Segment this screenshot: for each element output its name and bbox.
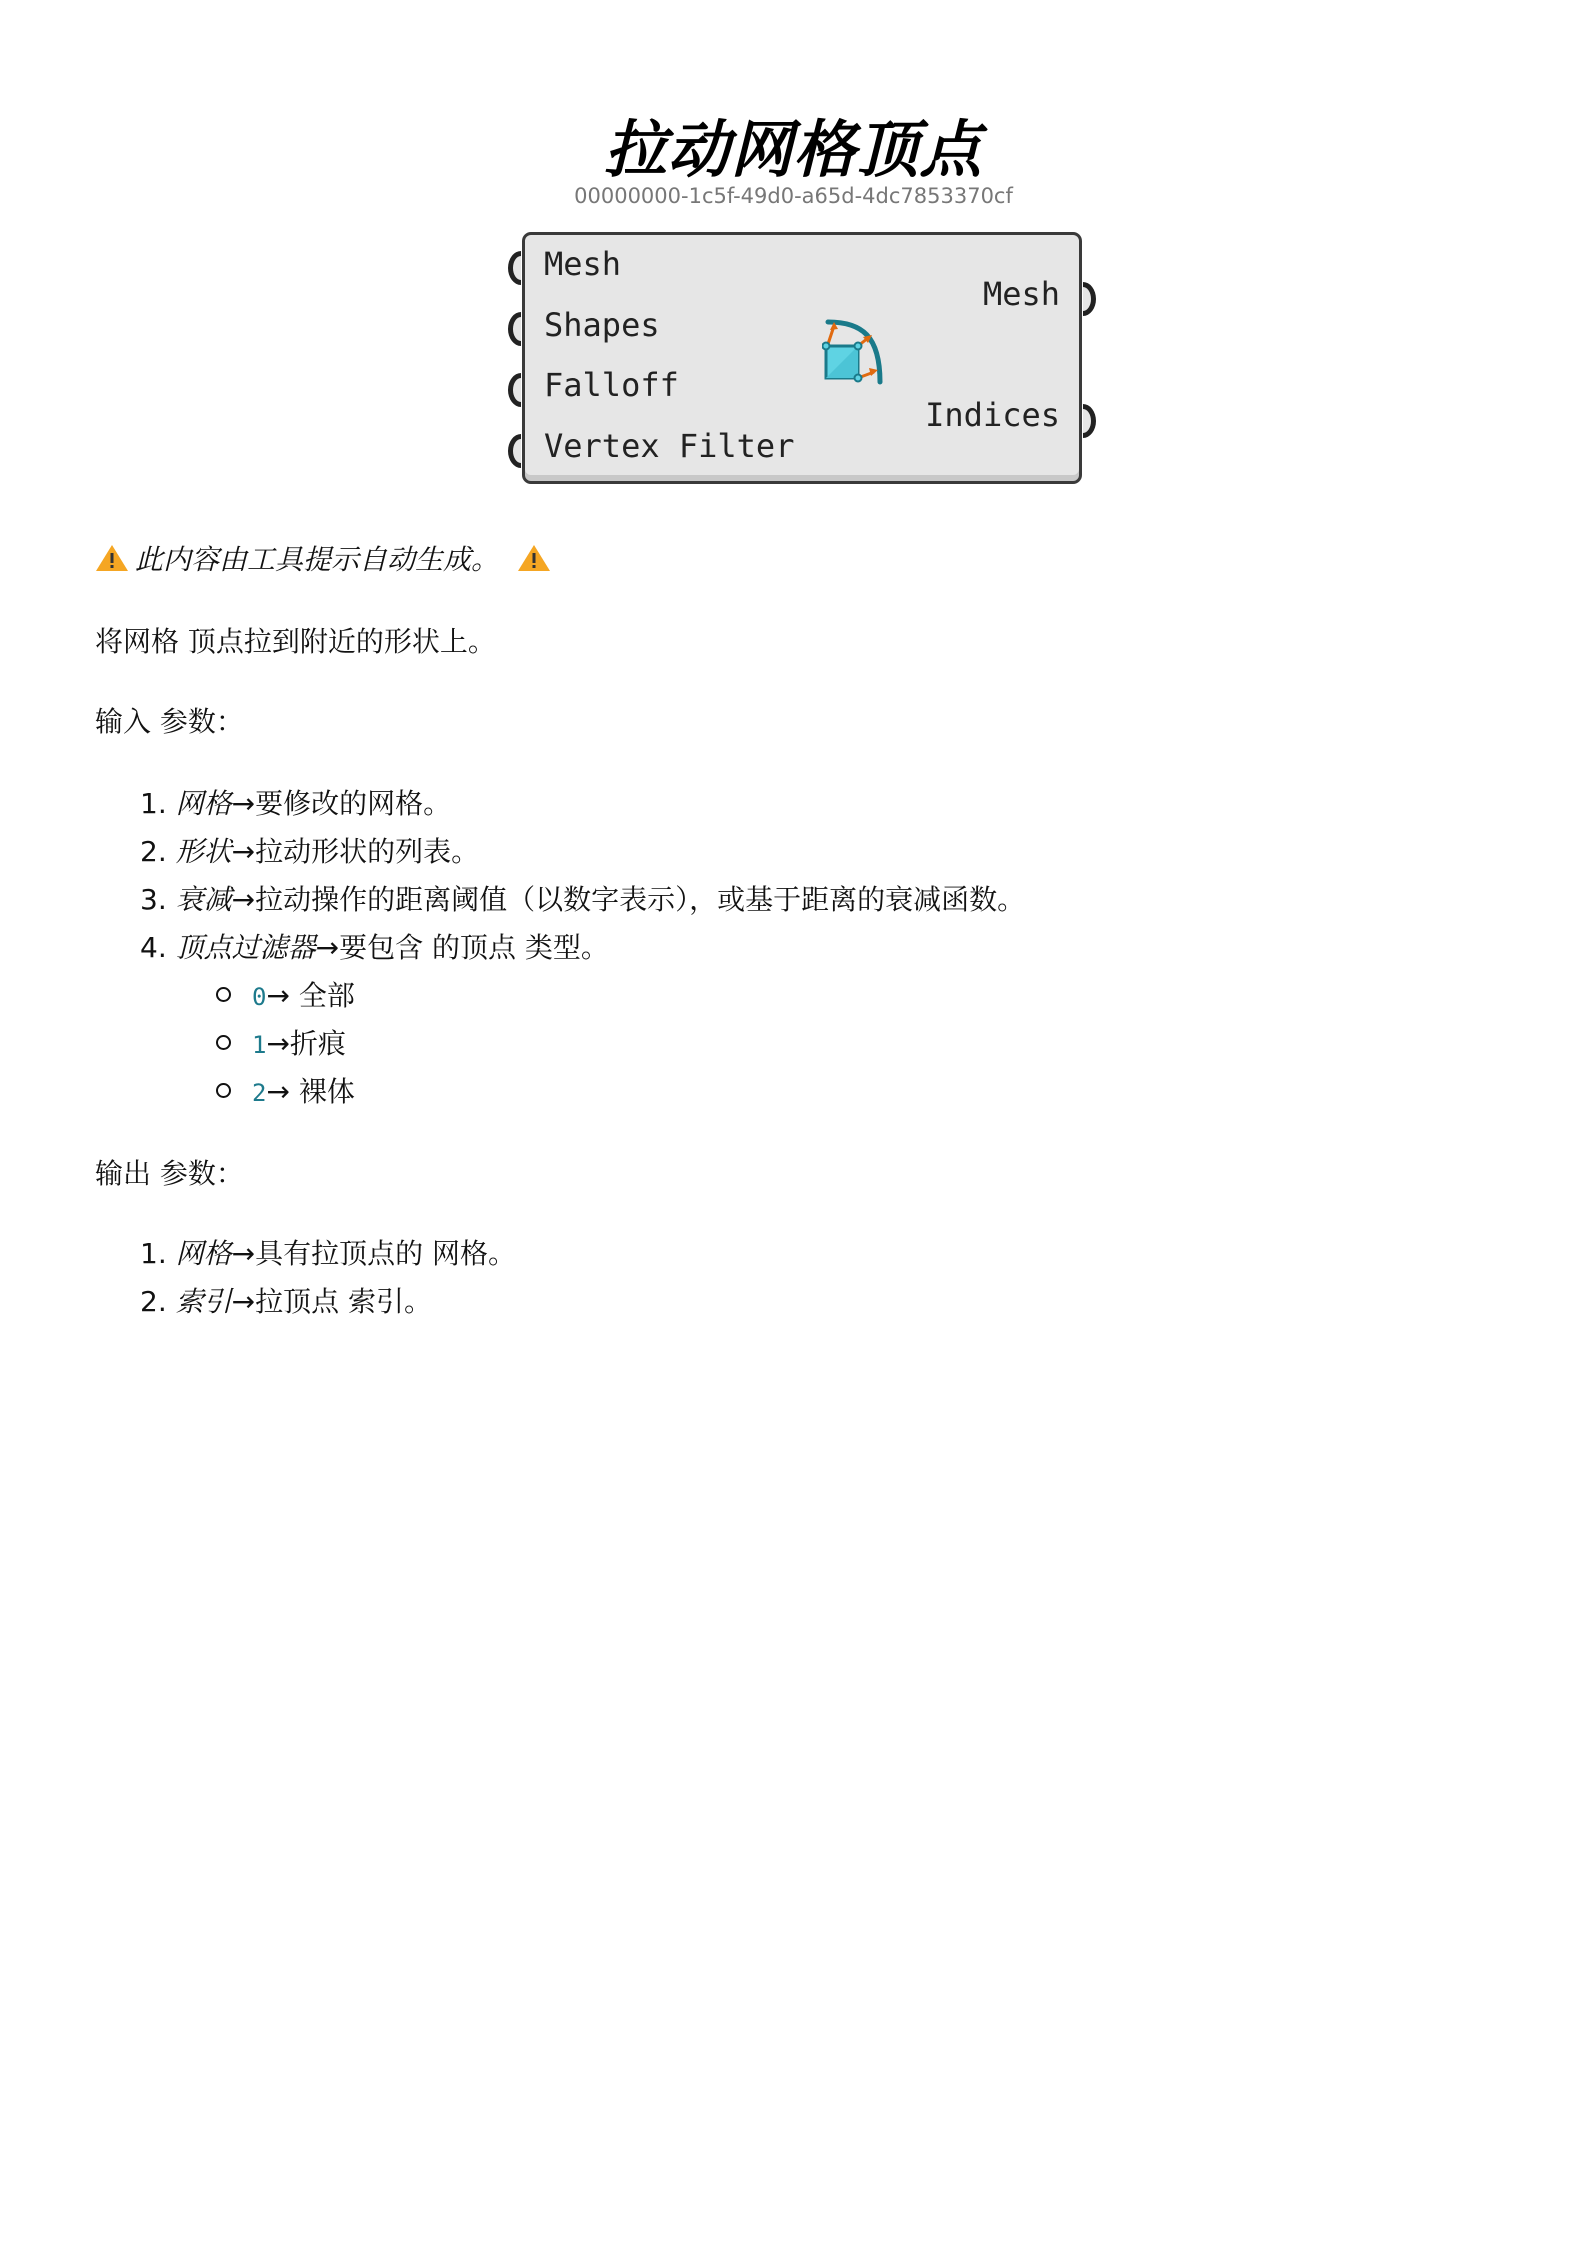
input-label-falloff: Falloff bbox=[544, 366, 679, 404]
input-grip-falloff[interactable] bbox=[508, 373, 534, 407]
inputs-heading: 输入 参数： bbox=[95, 700, 244, 740]
output-label-mesh: Mesh bbox=[983, 275, 1060, 313]
component-node[interactable]: Mesh Shapes Falloff Vertex Filter Mesh I… bbox=[522, 232, 1082, 484]
page-title: 拉动网格顶点 bbox=[0, 100, 1587, 189]
output-grip-mesh[interactable] bbox=[1070, 282, 1096, 316]
vertex-filter-option: 1→折痕 bbox=[252, 1022, 346, 1062]
input-item: 4. 顶点过滤器→要包含 的顶点 类型。 bbox=[140, 926, 609, 966]
vertex-filter-option: 2→ 裸体 bbox=[252, 1070, 355, 1110]
component-guid: 00000000-1c5f-49d0-a65d-4dc7853370cf bbox=[0, 184, 1587, 208]
warning-icon bbox=[517, 543, 551, 573]
input-label-vertex-filter: Vertex Filter bbox=[544, 427, 794, 465]
input-item: 2. 形状→拉动形状的列表。 bbox=[140, 830, 479, 870]
input-item: 1. 网格→要修改的网格。 bbox=[140, 782, 451, 822]
warning-icon bbox=[95, 543, 129, 573]
input-grip-vertex-filter[interactable] bbox=[508, 434, 534, 468]
input-grip-shapes[interactable] bbox=[508, 312, 534, 346]
input-item: 3. 衰减→拉动操作的距离阈值（以数字表示），或基于距离的衰减函数。 bbox=[140, 878, 1025, 918]
auto-generated-warning: 此内容由工具提示自动生成。 bbox=[95, 538, 557, 578]
description: 将网格 顶点拉到附近的形状上。 bbox=[95, 620, 496, 660]
vertex-filter-option: 0→ 全部 bbox=[252, 974, 355, 1014]
pull-mesh-vertices-icon bbox=[822, 316, 900, 392]
bullet bbox=[216, 1083, 231, 1098]
output-item: 2. 索引→拉顶点 索引。 bbox=[140, 1280, 432, 1320]
warning-text: 此内容由工具提示自动生成。 bbox=[135, 538, 499, 578]
output-grip-indices[interactable] bbox=[1070, 404, 1096, 438]
outputs-heading: 输出 参数： bbox=[95, 1152, 244, 1192]
output-item: 1. 网格→具有拉顶点的 网格。 bbox=[140, 1232, 516, 1272]
bullet bbox=[216, 1035, 231, 1050]
input-label-mesh: Mesh bbox=[544, 245, 621, 283]
input-grip-mesh[interactable] bbox=[508, 251, 534, 285]
input-label-shapes: Shapes bbox=[544, 306, 660, 344]
output-label-indices: Indices bbox=[925, 396, 1060, 434]
bullet bbox=[216, 987, 231, 1002]
